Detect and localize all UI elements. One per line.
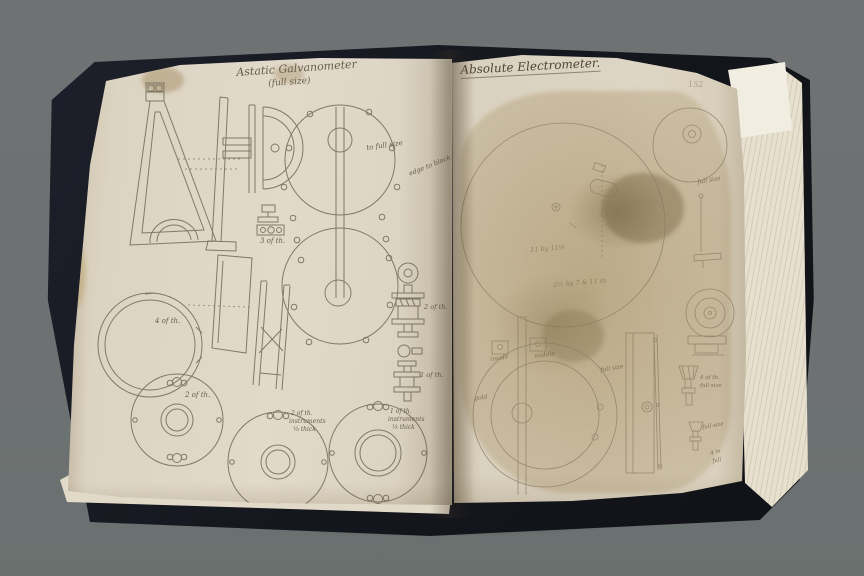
left-page-shading xyxy=(60,55,452,510)
right-page-shading xyxy=(452,55,747,505)
left-page: Astatic Galvanometer (full size) to full… xyxy=(60,55,452,510)
spine-gutter-shadow xyxy=(430,50,474,518)
photo-of-open-notebook: Astatic Galvanometer (full size) to full… xyxy=(0,0,864,576)
right-page: Absolute Electrometer. 152 11 by 11½ 2½ … xyxy=(452,55,747,505)
